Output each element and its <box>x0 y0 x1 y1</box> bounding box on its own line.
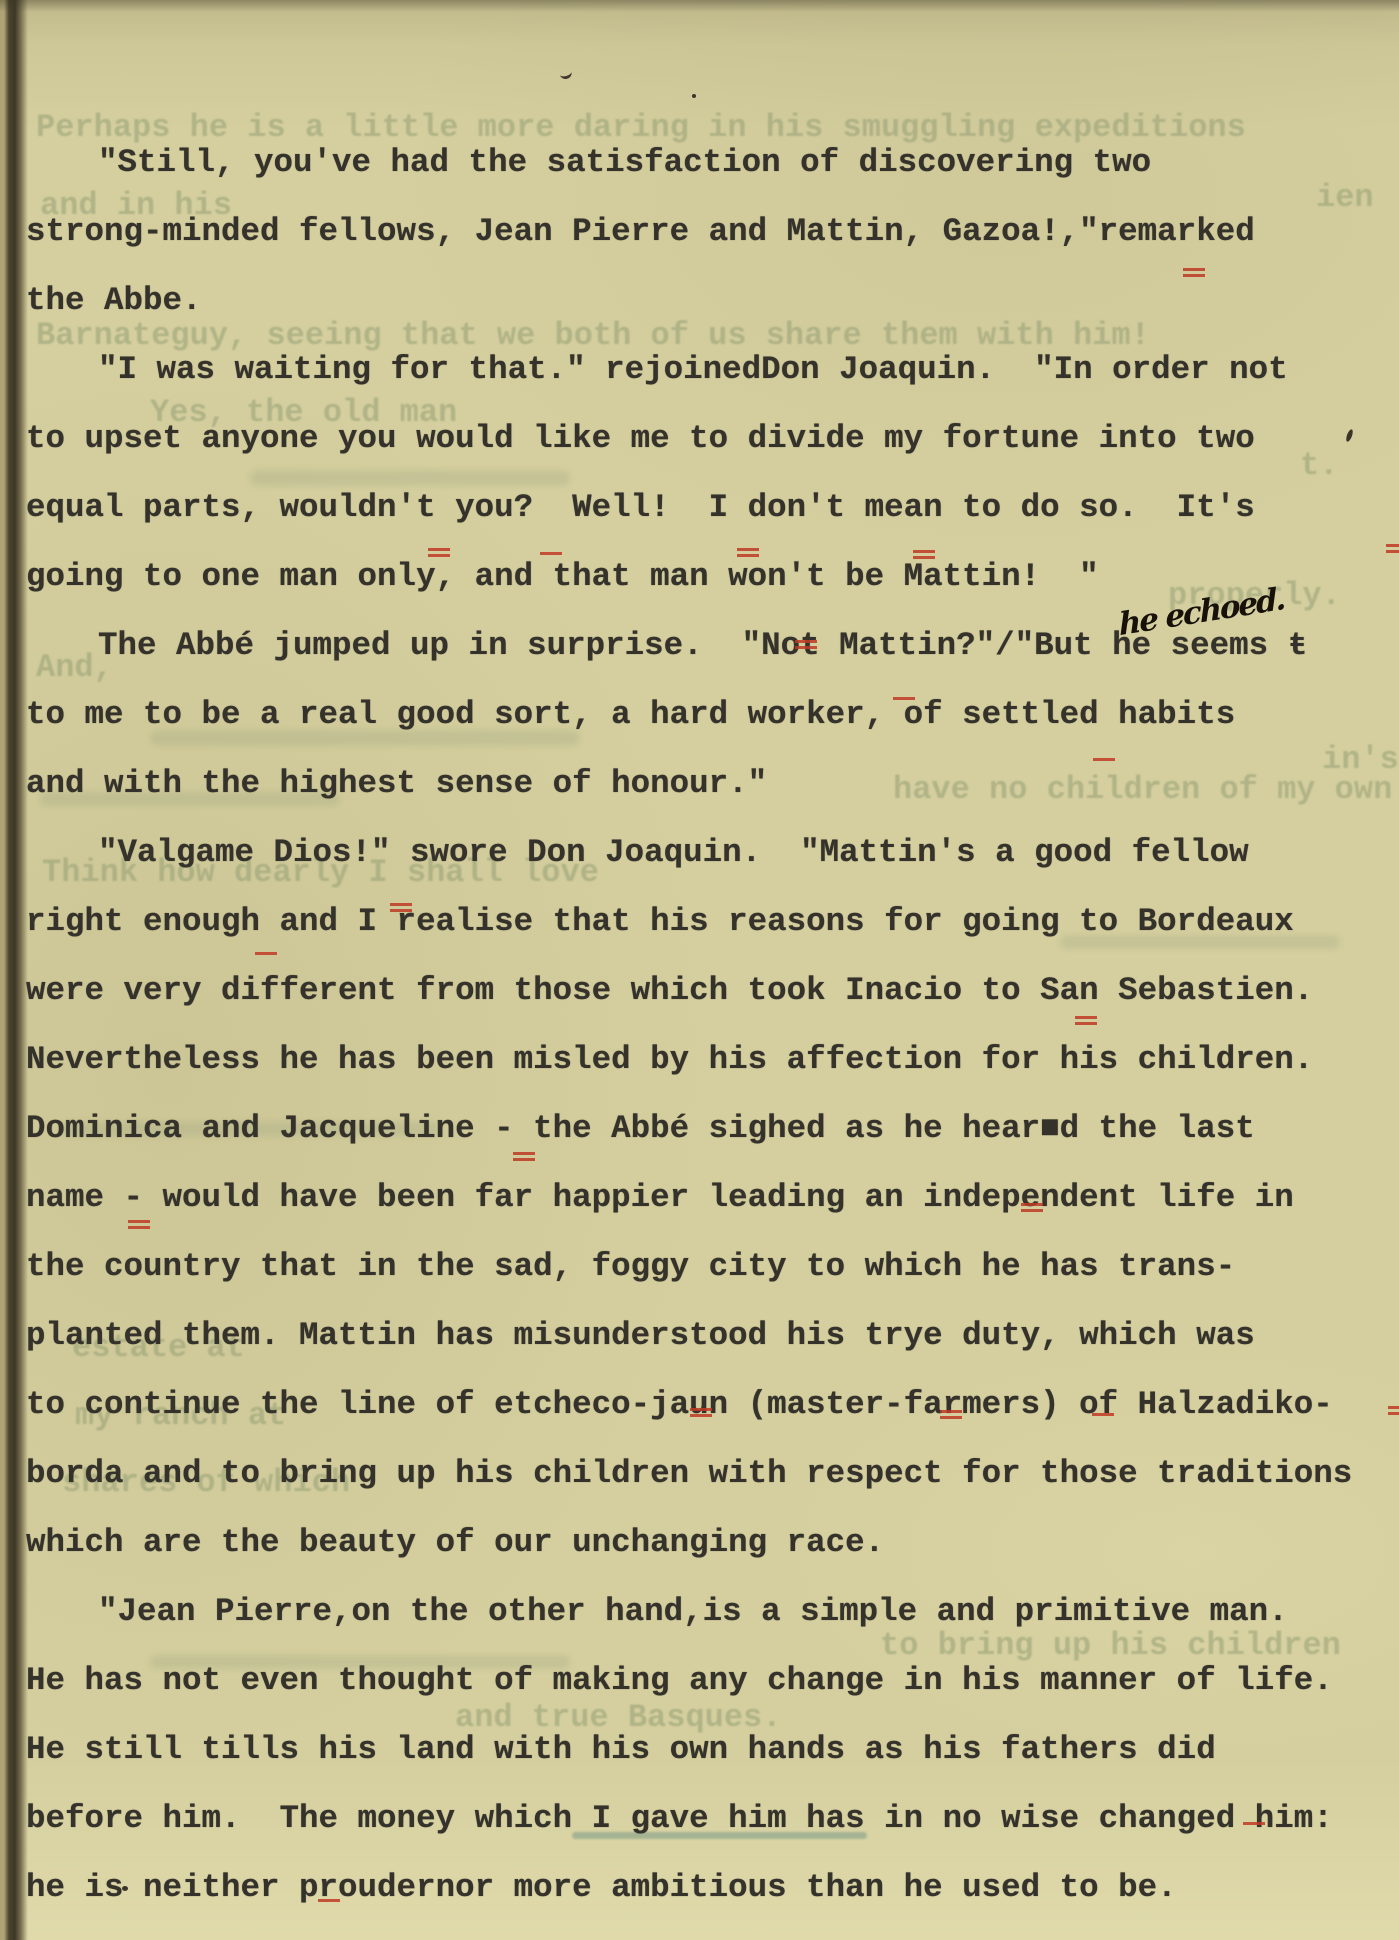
typed-line: equal parts, wouldn't you? Well! I don't… <box>26 473 1399 542</box>
typed-line: before him. The money which I gave him h… <box>26 1784 1399 1853</box>
red-proof-mark <box>513 1152 535 1155</box>
typed-line: to me to be a real good sort, a hard wor… <box>26 680 1399 749</box>
typed-line: Dominica and Jacqueline - the Abbé sighe… <box>26 1094 1399 1163</box>
typed-line: the Abbe. <box>26 266 1399 335</box>
ink-speck <box>692 94 696 98</box>
red-proof-mark <box>893 697 915 700</box>
typed-line: Nevertheless he has been misled by his a… <box>26 1025 1399 1094</box>
page-top-edge-shadow <box>0 0 1399 12</box>
red-proof-mark <box>1075 1016 1097 1019</box>
red-proof-mark <box>540 552 562 555</box>
typed-line: right enough and I realise that his reas… <box>26 887 1399 956</box>
red-proof-mark <box>1388 1406 1399 1409</box>
typed-line: strong-minded fellows, Jean Pierre and M… <box>26 197 1399 266</box>
red-proof-mark <box>1243 1822 1265 1825</box>
page-left-edge-shadow <box>0 0 28 1940</box>
typed-line: He has not even thought of making any ch… <box>26 1646 1399 1715</box>
typed-line: were very different from those which too… <box>26 956 1399 1025</box>
red-proof-mark <box>940 1410 962 1413</box>
typed-line: "Valgame Dios!" swore Don Joaquin. "Matt… <box>26 818 1399 887</box>
typed-line: to continue the line of etcheco-jaun (ma… <box>26 1370 1399 1439</box>
typed-line: "Still, you've had the satisfaction of d… <box>26 128 1399 197</box>
red-proof-mark <box>1093 758 1115 761</box>
typed-line: the country that in the sad, foggy city … <box>26 1232 1399 1301</box>
typed-line: which are the beauty of our unchanging r… <box>26 1508 1399 1577</box>
stray-pen-mark <box>559 69 573 81</box>
red-proof-mark <box>1021 1203 1043 1206</box>
typed-lines: "Still, you've had the satisfaction of d… <box>26 128 1399 1922</box>
red-proof-mark <box>390 903 412 906</box>
typed-line: name - would have been far happier leadi… <box>26 1163 1399 1232</box>
typed-line: planted them. Mattin has misunderstood h… <box>26 1301 1399 1370</box>
typescript-page: Perhaps he is a little more daring in hi… <box>0 0 1399 1940</box>
typed-line: to upset anyone you would like me to div… <box>26 404 1399 473</box>
typed-line: "Jean Pierre,on the other hand,is a simp… <box>26 1577 1399 1646</box>
red-proof-mark <box>737 548 759 551</box>
red-proof-mark <box>1092 1413 1114 1416</box>
red-proof-mark <box>1183 268 1205 271</box>
red-proof-mark <box>255 952 277 955</box>
typed-line: "I was waiting for that." rejoinedDon Jo… <box>26 335 1399 404</box>
red-proof-mark <box>318 1899 340 1902</box>
red-proof-mark <box>913 550 935 553</box>
typed-line: borda and to bring up his children with … <box>26 1439 1399 1508</box>
typed-line: he is neither proudernor more ambitious … <box>26 1853 1399 1922</box>
typed-line: and with the highest sense of honour." <box>26 749 1399 818</box>
typed-line: He still tills his land with his own han… <box>26 1715 1399 1784</box>
red-proof-mark <box>428 548 450 551</box>
ink-speck <box>122 1886 128 1891</box>
red-proof-mark <box>795 640 817 643</box>
red-proof-mark <box>690 1408 712 1411</box>
red-proof-mark <box>1386 544 1399 547</box>
red-proof-mark <box>128 1220 150 1223</box>
